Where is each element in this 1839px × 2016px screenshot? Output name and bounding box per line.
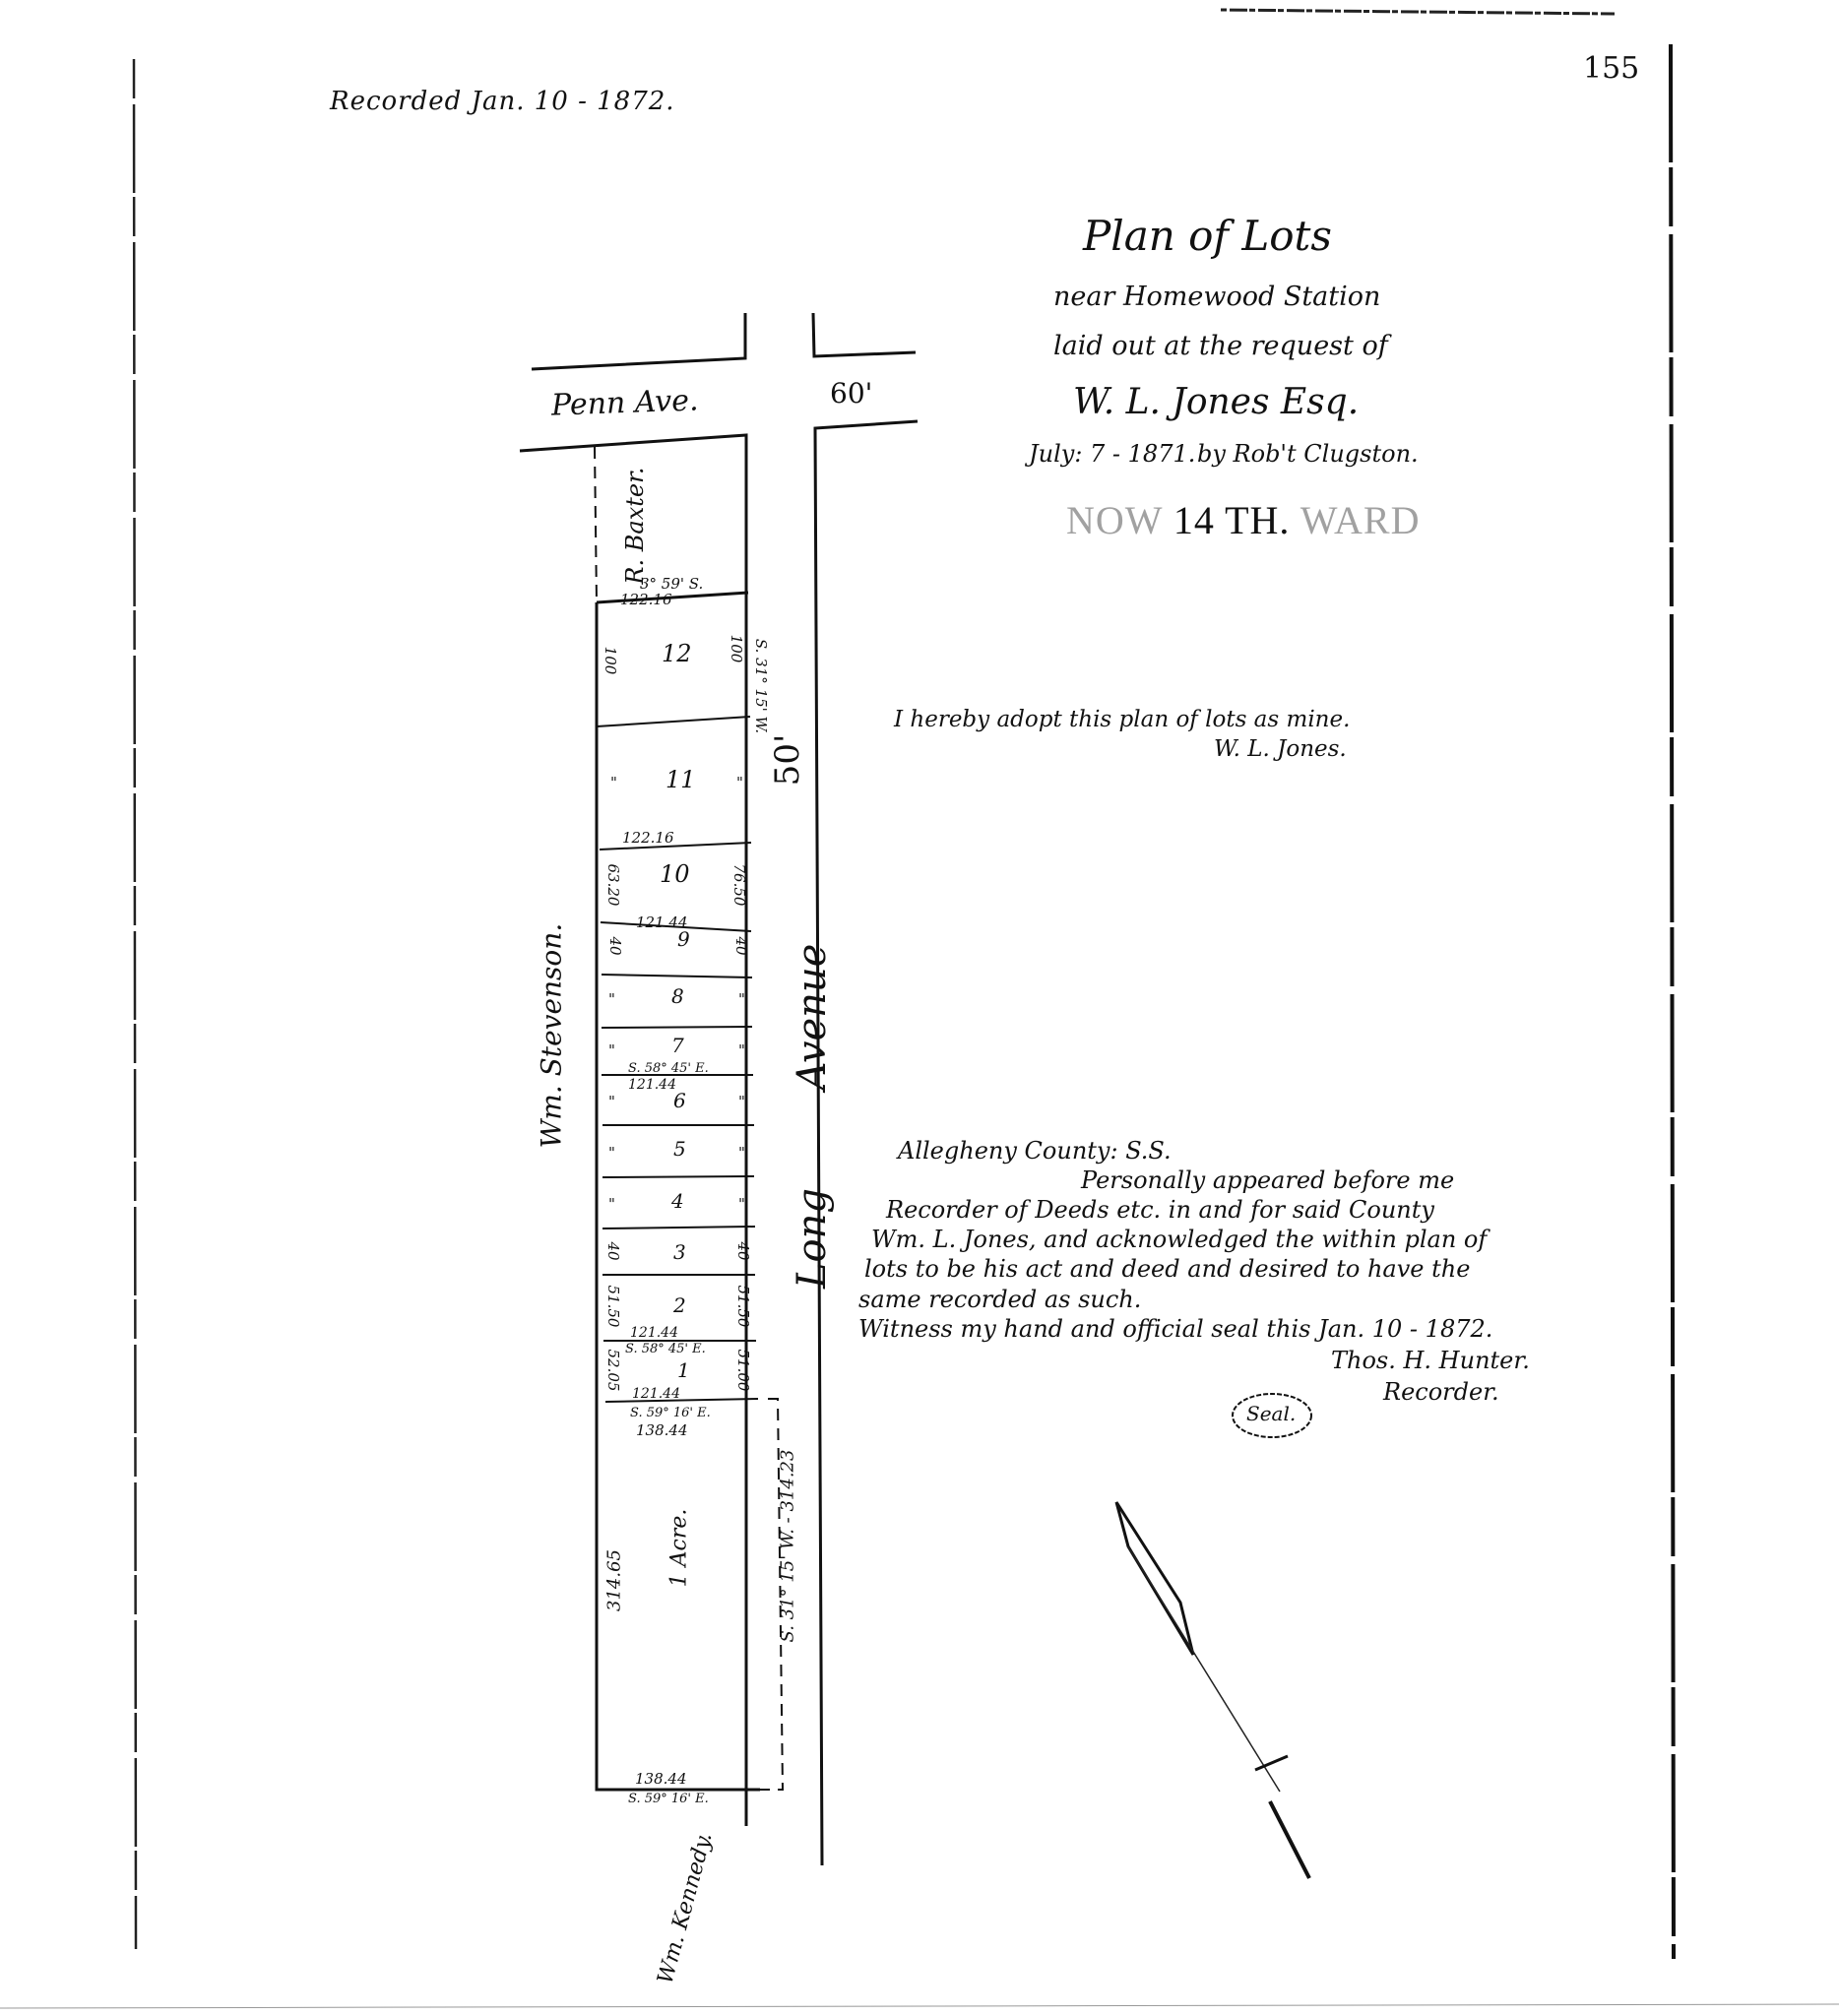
penn-ave-north-line-west: [532, 313, 745, 369]
lot-10-east: 76.50: [730, 858, 748, 912]
lot-2-east: 51.50: [734, 1284, 752, 1329]
lot-9-west: 40: [606, 931, 624, 961]
lot-6-top: 121.44: [628, 1077, 676, 1093]
ack-line-3: Wm. L. Jones, and acknowledged the withi…: [871, 1226, 1487, 1253]
bearing-acre-top: S. 59° 16' E.: [630, 1406, 711, 1420]
lot-10-number: 10: [660, 860, 690, 888]
lot-3-number: 3: [673, 1240, 686, 1264]
lot-9-number: 9: [677, 927, 690, 951]
lot-6-west: ": [608, 1093, 615, 1110]
lot-11-east: ": [736, 774, 743, 791]
lot-6-east: ": [738, 1093, 745, 1110]
lot-divider-4-3: [602, 1227, 755, 1228]
penn-ave-north-line-east: [813, 313, 916, 356]
lot-7-number: 7: [671, 1034, 684, 1057]
title-author: by Rob't Clugston.: [1197, 440, 1419, 468]
left-page-edge: [134, 59, 136, 1949]
bearing-acre-bottom: S. 59° 16' E.: [628, 1792, 709, 1806]
ack-line-2: Recorder of Deeds etc. in and for said C…: [886, 1196, 1434, 1224]
title-line-request: laid out at the request of: [1053, 331, 1388, 361]
title-line-client: W. L. Jones Esq.: [1073, 382, 1359, 422]
lot-2-number: 2: [673, 1293, 686, 1317]
lot-3-east: 40: [734, 1236, 752, 1266]
baxter-dashed-line: [595, 447, 597, 602]
lot-2-bottom: 121.44: [630, 1325, 678, 1341]
north-arrow-shaft: [1128, 1546, 1280, 1792]
ack-signer: Thos. H. Hunter.: [1331, 1347, 1530, 1374]
lot-12-top: 122.16: [620, 591, 672, 608]
page-number: 155: [1583, 51, 1639, 86]
lot-6-number: 6: [673, 1089, 686, 1112]
long-ave-width: 50': [768, 730, 807, 789]
lot-4-number: 4: [671, 1189, 684, 1213]
lot-divider-1-acre: [605, 1399, 758, 1402]
ward-stamp: NOW 14 TH. WARD: [1066, 497, 1420, 543]
lot-8-west: ": [608, 990, 615, 1008]
ack-line-5: same recorded as such.: [858, 1286, 1141, 1313]
bottom-scan-edge: [0, 2004, 1839, 2008]
adoption-signature: W. L. Jones.: [1214, 736, 1347, 762]
ack-signer-title: Recorder.: [1383, 1378, 1499, 1406]
lot-divider-9-8: [602, 975, 752, 977]
lot-3-west: 40: [604, 1236, 622, 1266]
ack-county: Allegheny County: S.S.: [898, 1137, 1172, 1165]
plan-title: Plan of Lots: [1083, 212, 1332, 260]
neighbor-baxter: R. Baxter.: [621, 467, 649, 585]
right-page-edge: [1671, 44, 1674, 1959]
lot-divider-12-11: [597, 717, 750, 726]
adoption-statement: I hereby adopt this plan of lots as mine…: [894, 707, 1350, 732]
lot-4-west: ": [608, 1195, 615, 1213]
lot-11-number: 11: [666, 766, 696, 793]
penn-ave-width: 60': [830, 377, 872, 409]
lot-9-east: 40: [732, 931, 750, 961]
lot-1-east: 51.00: [734, 1348, 752, 1393]
north-arrow-tail: [1270, 1801, 1309, 1878]
lot-1-bottom: 121.44: [632, 1386, 680, 1402]
acre-bottom: 138.44: [635, 1770, 687, 1788]
lot-8-east: ": [738, 990, 745, 1008]
lot-12-west: 100: [602, 641, 619, 680]
long-ave-label-avenue: Avenue: [790, 899, 835, 1135]
ack-line-4: lots to be his act and deed and desired …: [864, 1255, 1470, 1283]
bearing-east-lower: S. 31° 15' W. - 314.23: [778, 1438, 798, 1655]
acre-top: 138.44: [636, 1421, 688, 1439]
long-ave-label-long: Long: [790, 1160, 835, 1317]
recorded-note: Recorded Jan. 10 - 1872.: [330, 87, 675, 116]
ward-stamp-number: 14 TH.: [1173, 498, 1291, 542]
lot-7-east: ": [738, 1041, 745, 1059]
plan-drawing: [0, 0, 1839, 2016]
lot-11-west: ": [610, 774, 617, 791]
neighbor-stevenson: Wm. Stevenson.: [536, 972, 568, 1149]
lot-1-west: 52.05: [604, 1348, 622, 1393]
bearing-east-upper: S. 31° 15' W.: [752, 632, 770, 740]
bearing-lot-2-1: S. 58° 45' E.: [625, 1342, 706, 1356]
bearing-lot-7-6: S. 58° 45' E.: [628, 1061, 709, 1076]
lot-12-number: 12: [662, 640, 692, 667]
ward-stamp-ward: WARD: [1300, 498, 1421, 542]
ack-line-1: Personally appeared before me: [1081, 1166, 1454, 1194]
lot-divider-5-4: [602, 1176, 754, 1177]
top-scan-artifact: [1221, 10, 1615, 14]
lot-5-east: ": [738, 1144, 745, 1162]
acre-west: 314.65: [604, 1542, 625, 1620]
ack-line-6: Witness my hand and official seal this J…: [858, 1315, 1492, 1343]
lot-1-number: 1: [677, 1358, 690, 1382]
lot-5-number: 5: [673, 1137, 686, 1161]
acre-label: 1 Acre.: [667, 1499, 692, 1598]
title-date: July: 7 - 1871.: [1029, 440, 1195, 468]
lot-5-west: ": [608, 1144, 615, 1162]
lot-12-east: 100: [728, 629, 745, 668]
lot-divider-8-7: [602, 1027, 752, 1028]
ward-stamp-now: NOW: [1066, 498, 1163, 542]
penn-ave-label: Penn Ave.: [550, 383, 699, 422]
lot-10-west: 63.20: [604, 858, 622, 912]
north-arrow-tick: [1255, 1756, 1288, 1770]
lot-4-east: ": [738, 1195, 745, 1213]
seal-label: Seal.: [1246, 1402, 1296, 1425]
lot-10-top: 122.16: [622, 829, 674, 847]
lot-2-west: 51.50: [604, 1284, 622, 1329]
lot-7-west: ": [608, 1041, 615, 1059]
lot-8-number: 8: [671, 984, 684, 1008]
title-line-near: near Homewood Station: [1053, 282, 1380, 312]
